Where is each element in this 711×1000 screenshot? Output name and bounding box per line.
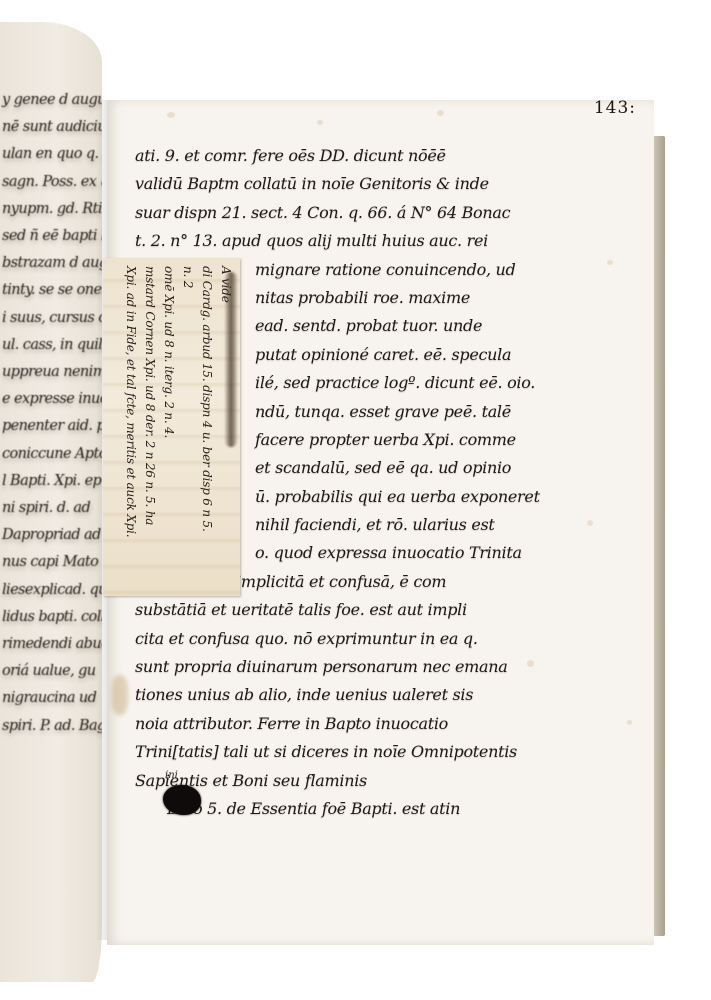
left-line: Dapropriad ad bbox=[2, 522, 102, 549]
slip-line: di Cardg. arbud 15. dispn 4 u. ber disp … bbox=[197, 266, 216, 586]
pasted-note-slip: A vide di Cardg. arbud 15. dispn 4 u. be… bbox=[103, 258, 240, 596]
foxing-spot bbox=[317, 120, 323, 125]
left-line: spiri. P. ad. Bagli bbox=[2, 713, 102, 740]
left-line: nigraucina ud bbox=[2, 685, 102, 712]
manuscript-photo: y genee d augueisem nē sunt audiciuse n … bbox=[0, 0, 711, 1000]
left-line: bstrazam d augisum bbox=[2, 250, 102, 277]
left-line: rimedendi abueg bbox=[2, 631, 102, 658]
left-line: ulan en quo q. eno bbox=[2, 141, 102, 168]
left-line: lidus bapti. collan bbox=[2, 604, 102, 631]
text-line: t. 2. n° 13. apud quos alij multi huius … bbox=[135, 227, 585, 255]
left-line: tinty. se se onemire bbox=[2, 277, 102, 304]
text-line: substātiā et ueritatē talis foe. est aut… bbox=[135, 596, 585, 624]
slip-line: n. 2 bbox=[178, 266, 197, 586]
text-line: tiones unius ab alio, inde uenius ualere… bbox=[135, 681, 585, 709]
water-stain bbox=[112, 675, 128, 715]
foxing-spot bbox=[587, 520, 593, 526]
left-line: penenter aid. pro bbox=[2, 413, 102, 440]
left-page: y genee d augueisem nē sunt audiciuse n … bbox=[0, 22, 102, 982]
slip-line: Xpi. ad in Fide, et tal fcte, meritis et… bbox=[121, 266, 140, 586]
text-line: Dico 5. de Essentia foē Bapti. est atin bbox=[135, 795, 585, 823]
left-line: oriá ualue, gu bbox=[2, 658, 102, 685]
left-line: nyupm. gd. Rti bem bbox=[2, 196, 102, 223]
slip-line: mstard Cornen Xpi. ud 8 der. 2 n 26 n. 5… bbox=[140, 266, 159, 586]
left-page-text: y genee d augueisem nē sunt audiciuse n … bbox=[2, 87, 102, 740]
text-line: ati. 9. et comr. fere oēs DD. dicunt nōē… bbox=[135, 142, 585, 170]
text-line: Trini[tatis] tali ut si diceres in noīe … bbox=[135, 738, 585, 766]
left-line: sed ñ eē bapti bab bbox=[2, 223, 102, 250]
left-line: ni spiri. d. ad bbox=[2, 495, 102, 522]
page-number: 143: bbox=[594, 98, 636, 118]
text-line: noia attributor. Ferre in Bapto inuocati… bbox=[135, 710, 585, 738]
left-line: l Bapti. Xpi. ep bbox=[2, 468, 102, 495]
text-line: cita et confusa quo. nō exprimuntur in e… bbox=[135, 625, 585, 653]
left-line: y genee d augueisem bbox=[2, 87, 102, 114]
foxing-spot bbox=[437, 110, 444, 116]
foxing-spot bbox=[607, 260, 613, 265]
ink-blot bbox=[163, 785, 201, 815]
left-line: nus capi Mato bbox=[2, 549, 102, 576]
left-line: sagn. Poss. ex quas bbox=[2, 169, 102, 196]
left-line: coniccune Apto bbox=[2, 441, 102, 468]
left-line: e expresse inuoco bbox=[2, 386, 102, 413]
left-line: nē sunt audiciuse n sgy bbox=[2, 114, 102, 141]
foxing-spot bbox=[167, 112, 175, 118]
left-line: uppreua nenim ponit bbox=[2, 359, 102, 386]
left-line: ul. cass, in quilly bbox=[2, 332, 102, 359]
text-line: suar dispn 21. sect. 4 Con. q. 66. á N° … bbox=[135, 199, 585, 227]
text-line: sunt propria diuinarum personarum nec em… bbox=[135, 653, 585, 681]
left-line: liesexplicad. qu bbox=[2, 577, 102, 604]
foxing-spot bbox=[627, 720, 632, 725]
slip-text: A vide di Cardg. arbud 15. dispn 4 u. be… bbox=[115, 266, 235, 586]
text-line: validū Baptm collatū in noīe Genitoris &… bbox=[135, 170, 585, 198]
text-line: Sapientis et Boni seu flaminis bbox=[135, 767, 585, 795]
slip-line: A vide bbox=[216, 266, 235, 586]
left-line: i suus, cursus cron bbox=[2, 305, 102, 332]
slip-line: omē Xpi. ud 8 n. iterg. 2 n. 4. bbox=[159, 266, 178, 586]
interlinear-correction: ini bbox=[165, 770, 178, 781]
